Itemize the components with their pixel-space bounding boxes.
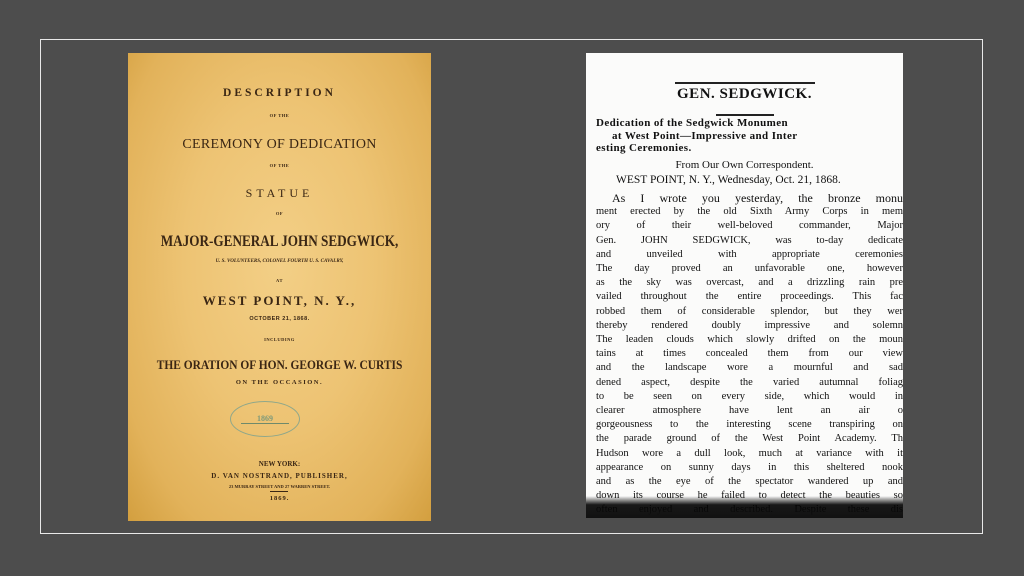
including-text: INCLUDING [128, 337, 431, 342]
at-text: AT [128, 278, 431, 283]
body-line: and the landscape wore a mournful and sa… [596, 361, 903, 375]
scan-shadow [586, 496, 903, 518]
subhead-line: at West Point—Impressive and Inter [596, 130, 897, 143]
newspaper-subhead: Dedication of the Sedgwick Monumen at We… [596, 117, 897, 155]
body-line: ment erected by the old Sixth Army Corps… [596, 205, 903, 219]
title-description: DESCRIPTION [128, 87, 431, 99]
title-statue: STATUE [128, 186, 431, 201]
body-line: The day proved an unfavorable one, howev… [596, 262, 903, 276]
body-line: thereby rendered doubly impressive and s… [596, 319, 903, 333]
library-seal-stamp: 1869 [230, 401, 300, 437]
body-line: and unveiled with appropriate ceremonies [596, 248, 903, 262]
body-line: the parade ground of the West Point Acad… [596, 432, 903, 446]
subject-rank: U. S. VOLUNTEERS, COLONEL FOURTH U. S. C… [128, 259, 431, 264]
body-line: robbed them of considerable splendor, bu… [596, 305, 903, 319]
newspaper-clipping-image: GEN. SEDGWICK. Dedication of the Sedgwic… [586, 53, 903, 518]
book-title-page-image: DESCRIPTION OF THE CEREMONY OF DEDICATIO… [128, 53, 431, 521]
seal-year: 1869 [257, 414, 273, 423]
body-line: as the sky was overcast, and a drizzling… [596, 276, 903, 290]
body-line: gorgeousness to the interesting scene tr… [596, 418, 903, 432]
of-text: OF [128, 211, 431, 216]
body-line: vailed throughout the entire proceedings… [596, 290, 903, 304]
title-oration: THE ORATION OF HON. GEORGE W. CURTIS [146, 357, 413, 373]
body-line: and as the eye of the spectator wandered… [596, 475, 903, 489]
subhead-line: Dedication of the Sedgwick Monumen [596, 117, 788, 129]
publisher-address: 23 MURRAY STREET AND 27 WARREN STREET. [128, 484, 431, 489]
body-line: to be seen on every side, which would in [596, 390, 903, 404]
body-line: Hudson wore a dull look, much at varianc… [596, 447, 903, 461]
newspaper-body: As I wrote you yesterday, the bronze mon… [596, 191, 903, 518]
body-line: appearance on sunny days in this shelter… [596, 461, 903, 475]
title-date: OCTOBER 21, 1868. [128, 316, 431, 322]
body-line: dened aspect, despite the varied autumna… [596, 376, 903, 390]
publisher-name: D. VAN NOSTRAND, PUBLISHER, [128, 472, 431, 480]
body-line: The leaden clouds which slowly drifted o… [596, 333, 903, 347]
publication-year: 1869. [128, 495, 431, 502]
divider-rule [270, 491, 288, 492]
body-line: clearer atmosphere have lent an air o [596, 404, 903, 418]
newspaper-dateline: WEST POINT, N. Y., Wednesday, Oct. 21, 1… [616, 174, 841, 186]
title-ceremony: CEREMONY OF DEDICATION [128, 137, 431, 153]
publisher-city: NEW YORK: [128, 460, 431, 468]
body-line: Gen. JOHN SEDGWICK, was to-day dedicate [596, 234, 903, 248]
title-place: WEST POINT, N. Y., [128, 293, 431, 309]
title-subject: MAJOR-GENERAL JOHN SEDGWICK, [151, 233, 409, 251]
body-line: ory of their well-beloved commander, Maj… [596, 219, 903, 233]
body-line: As I wrote you yesterday, the bronze mon… [596, 191, 903, 205]
ornamental-rule [675, 82, 815, 84]
body-line: tains at times concealed them from our v… [596, 347, 903, 361]
of-the-text: OF THE [128, 163, 431, 168]
title-occasion: ON THE OCCASION. [128, 379, 431, 386]
of-the-text: OF THE [128, 113, 431, 118]
newspaper-byline: From Our Own Correspondent. [586, 159, 903, 171]
ornamental-rule [716, 114, 774, 116]
newspaper-headline: GEN. SEDGWICK. [586, 86, 903, 103]
subhead-line: esting Ceremonies. [596, 142, 692, 154]
